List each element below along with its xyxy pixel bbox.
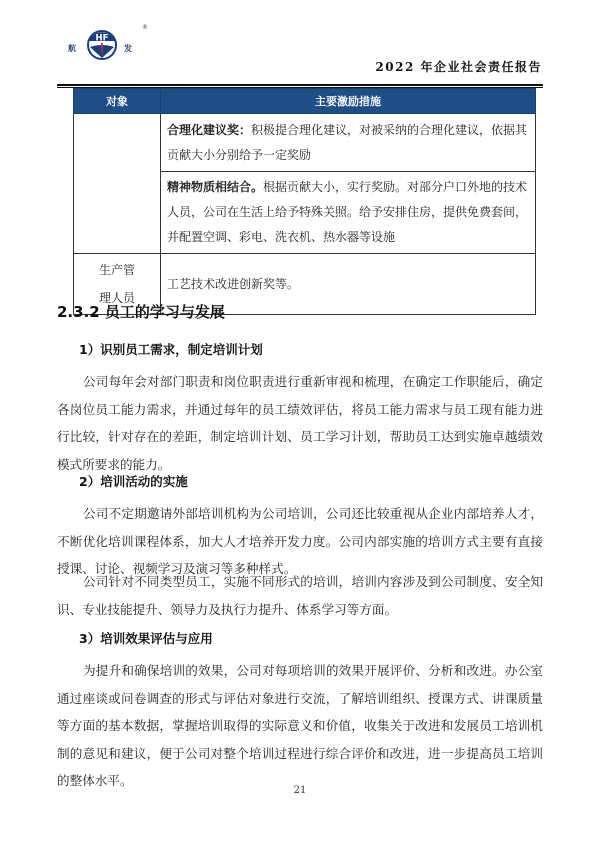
measure-cell: 合理化建议奖：积极提合理化建议，对被采纳的合理化建议，依据其贡献大小分别给予一定… (161, 114, 536, 172)
measure-cell: 精神物质相结合。根据贡献大小，实行奖励。对部分户口外地的技术人员，公司在生活上给… (161, 172, 536, 254)
section-title: 2.3.2 员工的学习与发展 (57, 301, 225, 322)
logo-right-text: 发 (124, 43, 132, 54)
incentives-table: 对象 主要激励措施 合理化建议奖：积极提合理化建议，对被采纳的合理化建议，依据其… (73, 88, 536, 315)
header-rule (57, 84, 543, 86)
object-line: 生产管 (74, 256, 160, 284)
report-title: 2022 年企业社会责任报告 (375, 58, 542, 75)
subsection-heading: 1）识别员工需求，制定培训计划 (79, 340, 263, 358)
object-cell (74, 114, 161, 254)
subsection-heading: 2）培训活动的实施 (79, 472, 188, 490)
measure-lead: 精神物质相结合。 (167, 180, 263, 194)
paragraph: 公司针对不同类型员工，实施不同形式的培训，培训内容涉及到公司制度、安全知识、专业… (57, 568, 543, 623)
document-page: 航 HF 发 ® 2022 年企业社会责任报告 对象 主要激励措施 合理化建议奖… (0, 0, 600, 848)
page-number: 21 (0, 785, 600, 796)
column-header-object: 对象 (74, 89, 161, 114)
measure-lead: 合理化建议奖： (167, 123, 251, 137)
measure-text: 工艺技术改进创新奖等。 (167, 277, 299, 291)
registered-mark: ® (142, 24, 148, 31)
svg-text:HF: HF (96, 34, 109, 44)
table-header-row: 对象 主要激励措施 (74, 89, 536, 114)
table-row: 合理化建议奖：积极提合理化建议，对被采纳的合理化建议，依据其贡献大小分别给予一定… (74, 114, 536, 172)
column-header-measures: 主要激励措施 (161, 89, 536, 114)
paragraph: 为提升和确保培训的效果，公司对每项培训的效果开展评价、分析和改进。办公室通过座谈… (57, 657, 543, 795)
paragraph: 公司每年会对部门职责和岗位职责进行重新审视和梳理，在确定工作职能后，确定各岗位员… (57, 368, 543, 478)
subsection-heading: 3）培训效果评估与应用 (79, 629, 213, 647)
logo-left-text: 航 (68, 43, 76, 54)
company-logo: 航 HF 发 ® (68, 30, 148, 60)
hf-emblem-icon: HF (86, 30, 118, 60)
